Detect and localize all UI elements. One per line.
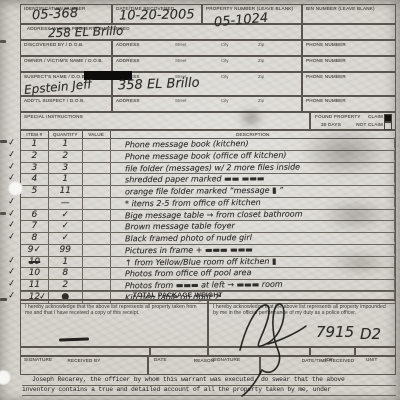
zip-label: Zip [258, 42, 264, 47]
row-quantity: 1 [49, 257, 83, 268]
claim-label: CLAIM [368, 114, 383, 119]
address-label: ADDRESS [116, 58, 140, 63]
row-checkmark: ✓ [7, 195, 16, 207]
discovered-phone-box: PHONE NUMBER [302, 40, 396, 56]
row-item-number: 1 [21, 139, 49, 150]
row-value [83, 245, 111, 256]
city-label: City [221, 98, 228, 103]
street-label: Street [175, 98, 186, 103]
phone-label: PHONE NUMBER [306, 74, 395, 79]
items-rows: ✓ 1 1 Phone message book (kitchen) ✓ 2 2… [20, 139, 396, 304]
row-item-number: 4 [21, 174, 49, 185]
reason-label: REASON [149, 358, 259, 363]
total-package-weight-label: TOTAL PACKAGE WEIGHT [133, 292, 223, 299]
owner-address-box: ADDRESS Street City Zip [112, 56, 302, 72]
discovered-address-box: ADDRESS Street City Zip [112, 40, 302, 56]
row-value [83, 257, 111, 268]
row-checkmark: ✓ [7, 266, 16, 278]
table-row: 9✓ 99 Pictures in frame + ▬▬▬ ▬▬▬ [21, 245, 395, 257]
datetime-received-box: DATE/TIME RECEIVED [260, 356, 396, 375]
row-quantity: 1 [49, 139, 83, 150]
bin-number-box-lower [302, 24, 396, 40]
row-checkmark: ✓ [7, 231, 16, 243]
row-item-number: 7 [21, 221, 49, 232]
row-description: Phone message book (office off kitchen) [110, 149, 395, 163]
affidavit-line-1: Joseph Recarey, the officer by whom this… [22, 376, 396, 386]
special-instructions-box: SPECIAL INSTRUCTIONS [20, 112, 310, 130]
zip-label: Zip [258, 74, 264, 79]
row-quantity: ✓ [49, 210, 83, 221]
officer-unit-value: D2 [360, 325, 381, 343]
table-row: ✓ 8 ✓ Black framed photo of nude girl [21, 233, 395, 245]
col-header-quantity: QUANTITY [49, 131, 83, 138]
row-item-number: 5 [21, 186, 49, 197]
col-header-description: DESCRIPTION [111, 131, 395, 138]
street-label: Street [175, 42, 186, 47]
addtl-suspect-label: ADD'TL SUSPECT / D.O.B. [24, 98, 111, 103]
zip-label: Zip [258, 58, 264, 63]
address-label: ADDRESS [116, 42, 140, 47]
address-impounded-value: 258 EL Brillo [48, 24, 124, 41]
row-description: * items 2-5 from office off kitchen [110, 196, 395, 210]
row-item-number: 8 [21, 233, 49, 244]
scan-mark [0, 140, 7, 143]
row-value [83, 139, 111, 150]
datetime-received-label: DATE/TIME RECEIVED [261, 358, 395, 363]
col-header-item: ITEM # [21, 131, 49, 138]
found-property-label: FOUND PROPERTY [315, 114, 361, 119]
thirty-days-label: 30 DAYS [321, 122, 341, 127]
table-row: ✓ 2 2 Phone message book (office off kit… [21, 151, 395, 163]
property-number-label: PROPERTY NUMBER (Leave Blank) [206, 6, 301, 11]
row-quantity: ✓ [49, 233, 83, 244]
row-value [83, 174, 111, 185]
row-value [83, 221, 111, 232]
street-label: Street [175, 58, 186, 63]
row-item-number: 2 [21, 151, 49, 162]
row-value [83, 210, 111, 221]
scan-mark [0, 212, 6, 215]
addtl-suspect-box: ADD'TL SUSPECT / D.O.B. [20, 96, 112, 112]
row-checkmark: ✓ [7, 137, 16, 149]
claim-checkbox [384, 114, 392, 122]
row-value [83, 268, 111, 279]
owner-victim-box: OWNER / VICTIM'S NAME / D.O.B. [20, 56, 112, 72]
row-description: Pictures in frame + ▬▬▬ ▬▬▬ [110, 243, 395, 257]
hole-punch-top [8, 181, 23, 196]
discovered-by-box: DISCOVERED BY / D.O.B. [20, 40, 112, 56]
received-by-label: RECEIVED BY [21, 358, 147, 363]
scan-mark [0, 298, 7, 301]
identification-number-value: 05-368 [32, 6, 79, 23]
left-signature-mark [59, 337, 89, 341]
row-value [83, 151, 111, 162]
row-value [83, 233, 111, 244]
row-item-number: 10 [21, 257, 49, 268]
row-value [83, 186, 111, 197]
discovered-by-label: DISCOVERED BY / D.O.B. [24, 42, 111, 47]
row-checkmark: ✓ [7, 148, 16, 160]
table-row: ✓ — * items 2-5 from office off kitchen [21, 198, 395, 210]
scanned-form-page: IDENTIFICATION NUMBER DATE/TIME RECOVERE… [0, 0, 400, 400]
date-cell: DATE [150, 347, 208, 356]
row-quantity: 8 [49, 268, 83, 279]
row-quantity: ✓ [49, 221, 83, 232]
owner-victim-label: OWNER / VICTIM'S NAME / D.O.B. [24, 58, 111, 63]
addtl-phone-box: PHONE NUMBER [302, 96, 396, 112]
ack-left-text: I hereby acknowledge that the above list… [25, 304, 201, 317]
ack-right-text: I hereby acknowledge that the above list… [213, 304, 389, 317]
found-property-box: FOUND PROPERTY 30 DAYS CLAIM NOT CLAIM [310, 112, 396, 130]
phone-label: PHONE NUMBER [306, 42, 395, 47]
row-quantity: 2 [49, 151, 83, 162]
row-checkmark: ✓ [7, 207, 16, 219]
scan-mark [0, 40, 6, 43]
row-checkmark: ✓ [7, 278, 16, 290]
row-checkmark: ✓ [7, 160, 16, 172]
bin-number-label: BIN NUMBER (Leave Blank) [306, 6, 395, 11]
row-checkmark: ✓ [7, 289, 16, 301]
phone-label: PHONE NUMBER [306, 58, 395, 63]
row-value [83, 198, 111, 209]
address-label: ADDRESS [116, 98, 140, 103]
row-value [83, 163, 111, 174]
signature-right-cell: SIGNATURE [208, 347, 310, 356]
not-claim-checkbox [384, 122, 392, 130]
table-row: 5 11 orange file folder marked “message … [21, 186, 395, 198]
hole-punch-bottom [0, 370, 11, 385]
id-cell: ID# [310, 347, 355, 356]
row-item-number: 10 [21, 268, 49, 279]
table-row: ✓ 1 1 Phone message book (kitchen) [21, 139, 395, 151]
suspect-address-value: 358 EL Brillo [118, 76, 200, 94]
not-claim-label: NOT CLAIM [356, 122, 383, 127]
unit-cell: UNIT [355, 347, 396, 356]
city-label: City [221, 74, 228, 79]
row-item-number [21, 198, 49, 209]
date-recovered-value: 10-20-2005 [119, 7, 195, 23]
row-checkmark: ✓ [7, 254, 16, 266]
officer-id-value: 7915 [316, 323, 354, 341]
total-package-weight-row: ✓ TOTAL PACKAGE WEIGHT [20, 290, 396, 300]
col-header-value: VALUE [83, 131, 111, 138]
addtl-address-box: ADDRESS Street City Zip [112, 96, 302, 112]
owner-phone-box: PHONE NUMBER [302, 56, 396, 72]
city-label: City [221, 58, 228, 63]
zip-label: Zip [258, 98, 264, 103]
row-item-number: 3 [21, 163, 49, 174]
reason-box: REASON [148, 356, 260, 375]
suspect-phone-box: PHONE NUMBER [302, 72, 396, 96]
city-label: City [221, 42, 228, 47]
received-by-box: RECEIVED BY [20, 356, 148, 375]
affidavit-line-2: inventory contains a true and detailed a… [22, 386, 396, 396]
row-quantity: 1 [49, 174, 83, 185]
row-checkmark: ✓ [7, 219, 16, 231]
signature-left-cell: SIGNATURE [20, 347, 150, 356]
special-instructions-label: SPECIAL INSTRUCTIONS [24, 114, 309, 119]
row-quantity: 11 [49, 186, 83, 197]
row-quantity: — [49, 198, 83, 209]
row-quantity: 3 [49, 163, 83, 174]
phone-label: PHONE NUMBER [306, 98, 395, 103]
row-quantity: 99 [49, 245, 83, 256]
ack-left-box: I hereby acknowledge that the above list… [20, 300, 208, 347]
row-item-number: 9✓ [21, 245, 49, 256]
row-item-number: 6 [21, 210, 49, 221]
bin-number-box: BIN NUMBER (Leave Blank) [302, 4, 396, 24]
